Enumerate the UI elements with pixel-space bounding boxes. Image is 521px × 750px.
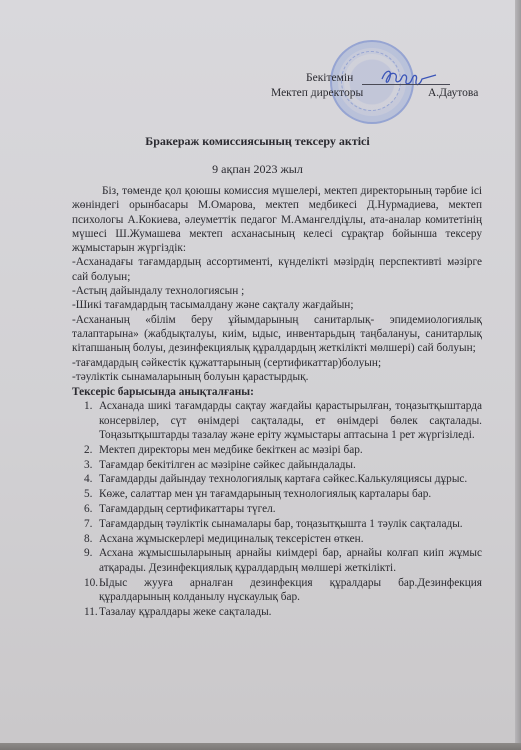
signature-icon [378, 65, 438, 89]
finding-text: Тағамдарды дайындау технологиялық картағ… [99, 473, 467, 485]
finding-text: Асханада шикі тағамдарды сақтау жағдайы … [99, 400, 482, 441]
intro-paragraph: Біз, төменде қол қоюшы комиссия мүшелері… [72, 184, 482, 255]
finding-text: Ыдыс жууға арналған дезинфекция құралдар… [99, 577, 482, 603]
document-date: 9 ақпан 2023 жыл [0, 162, 515, 177]
findings-list: 1.Асханада шикі тағамдарды сақтау жағдай… [72, 399, 482, 618]
finding-text: Тағамдар бекітілген ас мәзіріне сәйкес д… [99, 459, 356, 471]
finding-number: 1. [84, 399, 92, 413]
finding-item: 4.Тағамдарды дайындау технологиялық карт… [72, 472, 482, 486]
finding-item: 9. Асхана жұмысшыларының арнайы киімдері… [72, 546, 482, 575]
approved-label: Бекітемін [306, 72, 353, 84]
page-bottom-edge [0, 743, 521, 750]
finding-item: 8.Асхана жұмыскерлері медициналық тексер… [72, 532, 482, 546]
findings-heading: Тексеріс барысында анықталғаны: [72, 385, 482, 399]
finding-item: 5.Көже, салаттар мен ұн тағамдарының тех… [72, 487, 482, 501]
finding-number: 9. [84, 546, 92, 560]
check-item: -Шикі тағамдардың тасымалдану және сақта… [72, 298, 482, 312]
finding-item: 1.Асханада шикі тағамдарды сақтау жағдай… [72, 399, 482, 442]
finding-item: 6.Тағамдардың сертификаттары түгел. [72, 502, 482, 516]
finding-number: 2. [84, 443, 92, 457]
finding-text: Тағамдардың тәуліктік сынамалары бар, то… [99, 518, 463, 530]
document-body: Біз, төменде қол қоюшы комиссия мүшелері… [72, 184, 482, 619]
finding-number: 4. [84, 472, 92, 486]
finding-number: 8. [84, 532, 92, 546]
check-item: -тағамдардың сәйкестік құжаттарының (сер… [72, 356, 482, 370]
approver-name: А.Даутова [428, 87, 478, 99]
approver-position: Мектеп директоры [271, 87, 363, 99]
finding-text: Асхана жұмыскерлері медициналық тексеріс… [99, 533, 364, 545]
finding-text: Көже, салаттар мен ұн тағамдарының техно… [99, 488, 431, 500]
finding-number: 10. [84, 576, 98, 590]
finding-text: Мектеп директоры мен медбике бекіткен ас… [99, 444, 363, 456]
finding-number: 7. [84, 517, 92, 531]
finding-number: 5. [84, 487, 92, 501]
finding-item: 3.Тағамдар бекітілген ас мәзіріне сәйкес… [72, 458, 482, 472]
check-item: -Асханадағы тағамдардың ассортименті, кү… [72, 255, 482, 284]
finding-number: 11. [84, 605, 98, 619]
finding-item: 7.Тағамдардың тәуліктік сынамалары бар, … [72, 517, 482, 531]
check-item: -Асхананың «білім беру ұйымдарының санит… [72, 313, 482, 356]
document-page: Бекітемін Мектеп директоры А.Даутова Бра… [0, 0, 515, 743]
finding-text: Тағамдардың сертификаттары түгел. [99, 503, 276, 515]
finding-item: 2.Мектеп директоры мен медбике бекіткен … [72, 443, 482, 457]
check-item: -Астың дайындалу технологиясын ; [72, 284, 482, 298]
finding-item: 10.Ыдыс жууға арналған дезинфекция құрал… [72, 576, 482, 605]
document-title: Бракераж комиссиясының тексеру актісі [0, 134, 515, 149]
finding-text: Асхана жұмысшыларының арнайы киімдері ба… [99, 547, 482, 573]
page-right-edge [515, 0, 521, 750]
finding-number: 6. [84, 502, 92, 516]
finding-item: 11.Тазалау құралдары жеке сақталады. [72, 605, 482, 619]
finding-text: Тазалау құралдары жеке сақталады. [99, 606, 272, 618]
finding-number: 3. [84, 458, 92, 472]
signature-line [362, 84, 450, 85]
check-item: -тәуліктік сынамаларының болуын қарастыр… [72, 370, 482, 384]
